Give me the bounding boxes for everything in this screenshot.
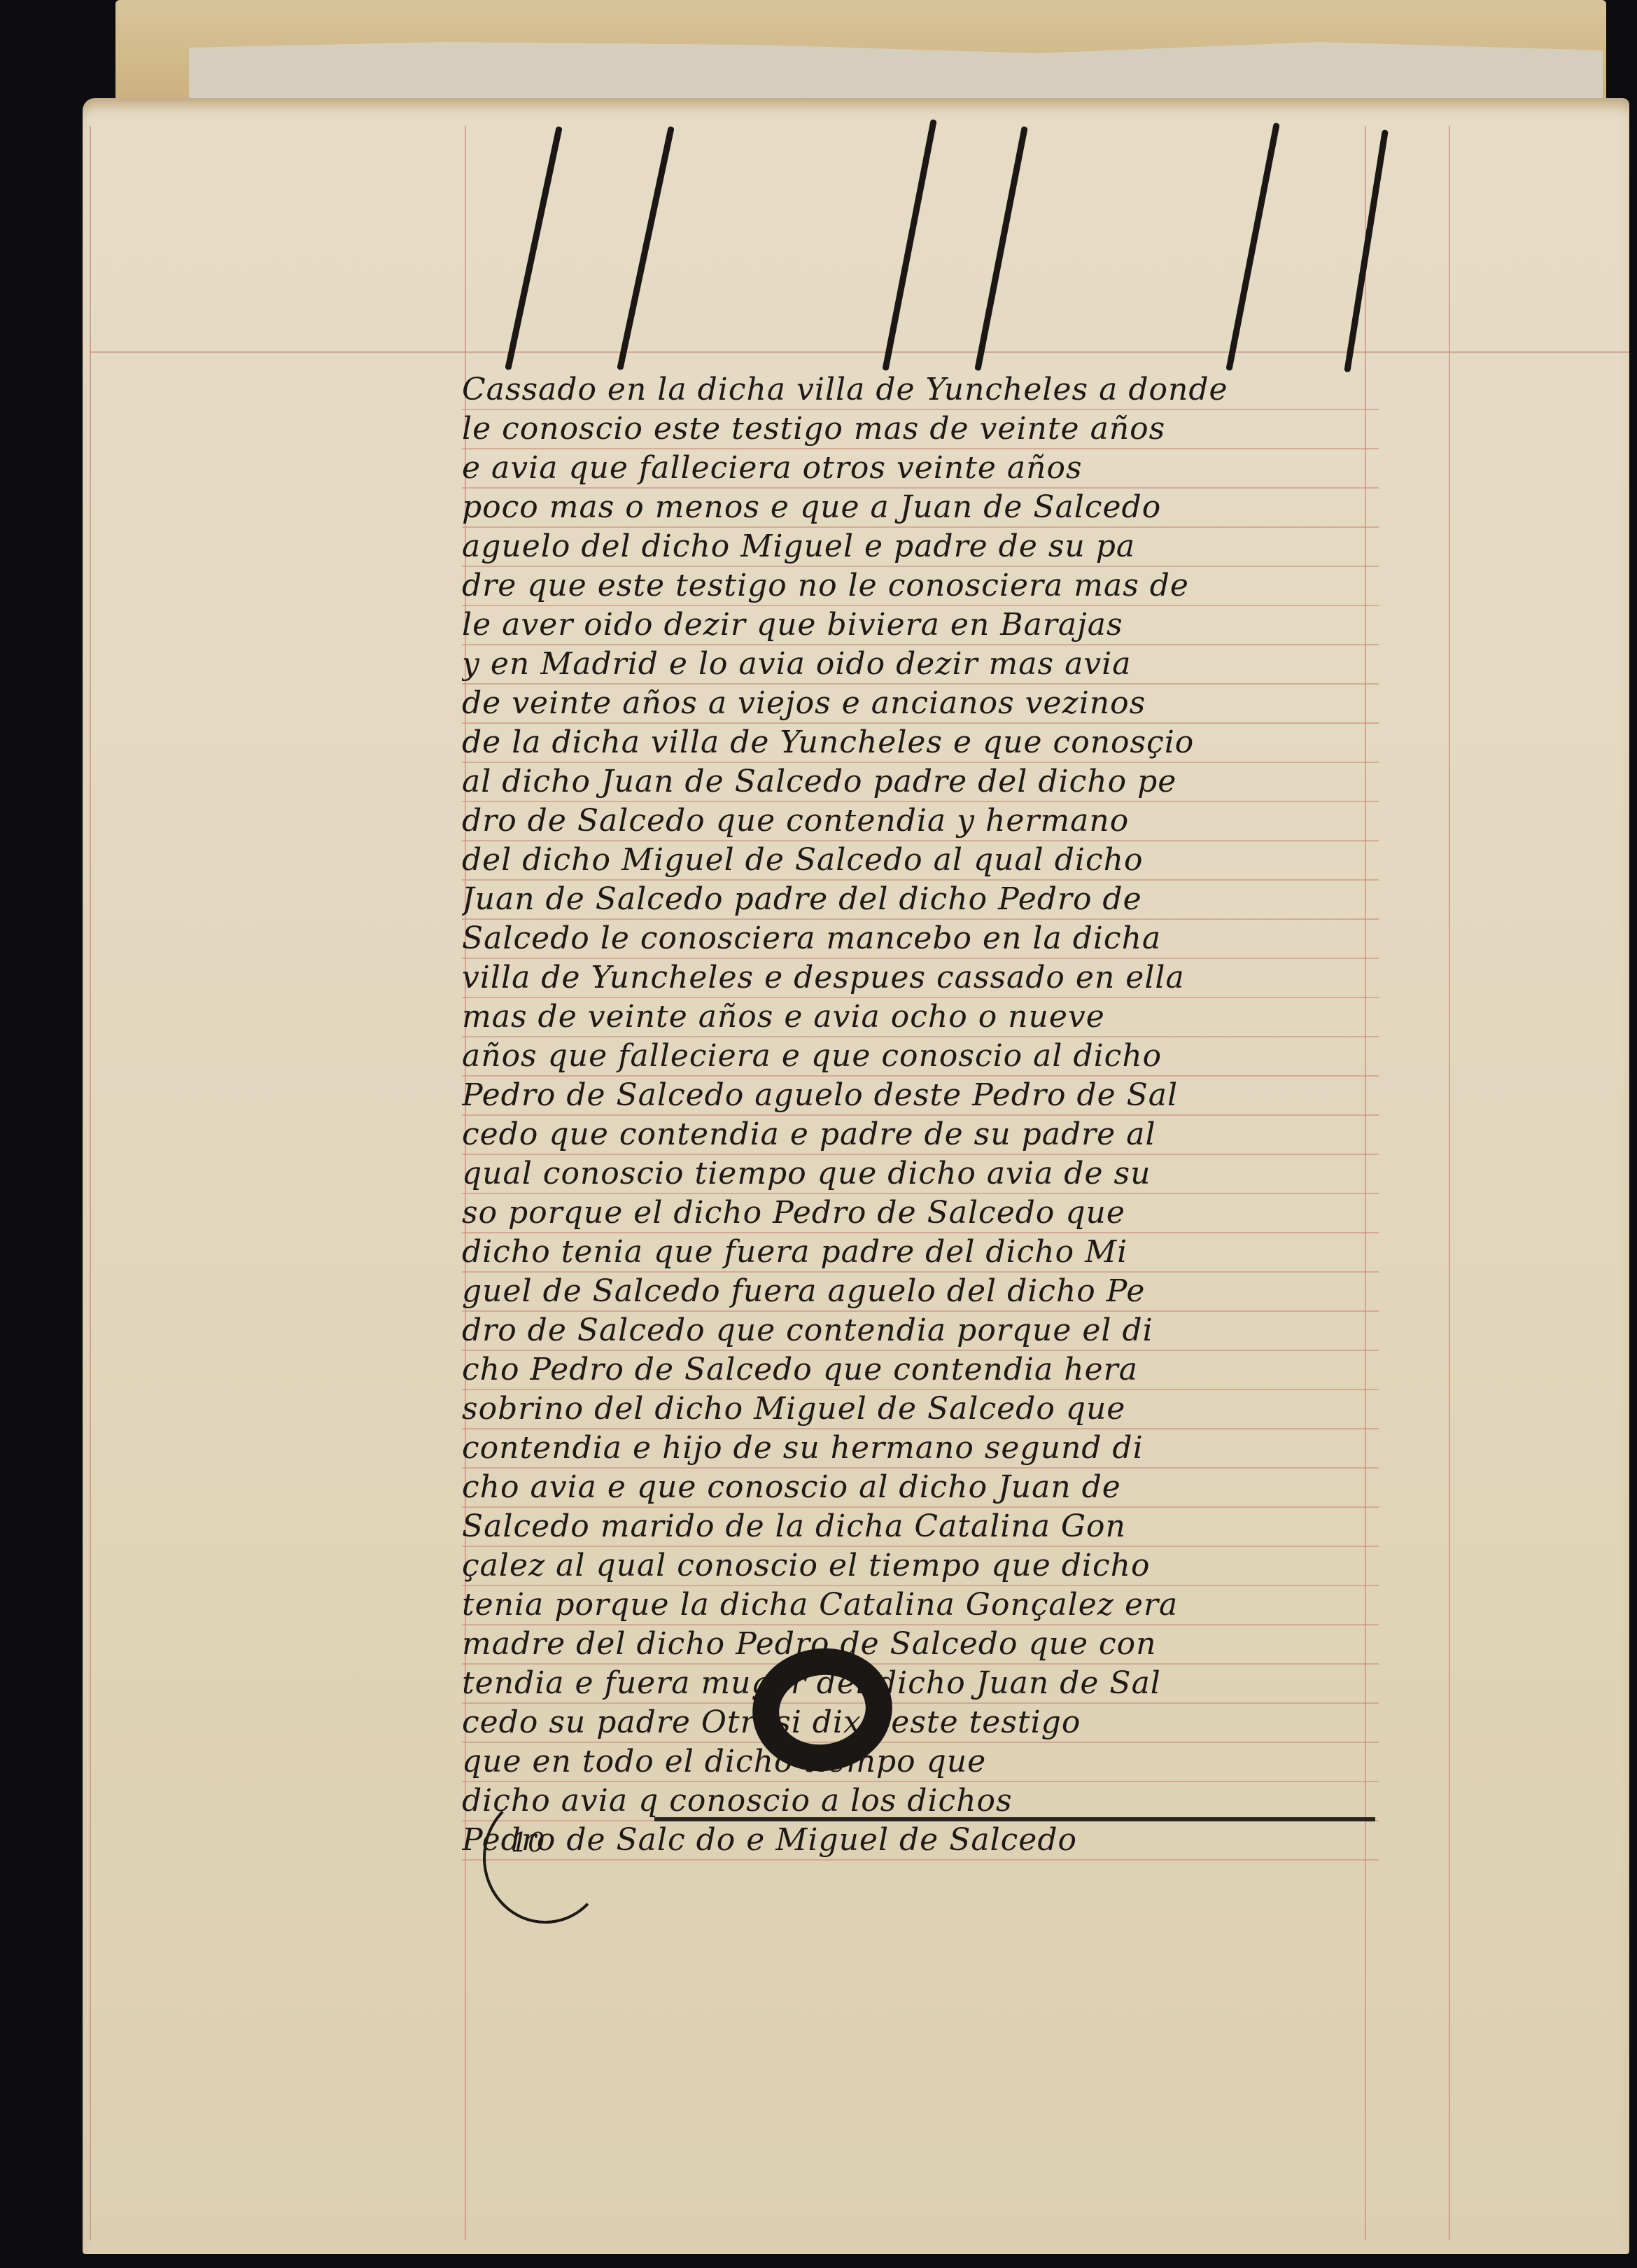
manuscript-text: Cassado en la dicha villa de Yuncheles a…: [462, 371, 1379, 1861]
end-flourish-line: [654, 1817, 1375, 1821]
text-line: so porque el dicho Pedro de Salcedo que: [462, 1194, 1379, 1233]
text-line: villa de Yuncheles e despues cassado en …: [462, 959, 1379, 998]
text-line: mas de veinte años e avia ocho o nueve: [462, 998, 1379, 1037]
text-line: e avia que falleciera otros veinte años: [462, 449, 1379, 489]
text-line: poco mas o menos e que a Juan de Salcedo: [462, 489, 1379, 528]
text-line: aguelo del dicho Miguel e padre de su pa: [462, 528, 1379, 567]
text-line: le conoscio este testigo mas de veinte a…: [462, 410, 1379, 449]
text-line: guel de Salcedo fuera aguelo del dicho P…: [462, 1273, 1379, 1312]
text-line: cho Pedro de Salcedo que contendia hera: [462, 1351, 1379, 1390]
text-line: cedo que contendia e padre de su padre a…: [462, 1116, 1379, 1155]
text-line: Juan de Salcedo padre del dicho Pedro de: [462, 881, 1379, 920]
folio-number: 10: [511, 1827, 545, 1858]
text-line: dre que este testigo no le conosciera ma…: [462, 567, 1379, 606]
text-line: al dicho Juan de Salcedo padre del dicho…: [462, 763, 1379, 802]
top-rule: [90, 351, 1629, 353]
text-line: sobrino del dicho Miguel de Salcedo que: [462, 1390, 1379, 1429]
text-line: de la dicha villa de Yuncheles e que con…: [462, 724, 1379, 763]
folio-ring: [483, 1792, 607, 1924]
text-line: tendia e fuera muger del dicho Juan de S…: [462, 1665, 1379, 1704]
text-line: dro de Salcedo que contendia y hermano: [462, 802, 1379, 841]
text-line: y en Madrid e lo avia oido dezir mas avi…: [462, 645, 1379, 685]
text-line: de veinte años a viejos e ancianos vezin…: [462, 685, 1379, 724]
margin-rule-right-outer: [1449, 126, 1450, 2240]
text-line: madre del dicho Pedro de Salcedo que con: [462, 1625, 1379, 1665]
text-line: años que falleciera e que conoscio al di…: [462, 1037, 1379, 1077]
text-line: cho avia e que conoscio al dicho Juan de: [462, 1469, 1379, 1508]
text-line: Cassado en la dicha villa de Yuncheles a…: [462, 371, 1379, 410]
text-line: qual conoscio tiempo que dicho avia de s…: [462, 1155, 1379, 1194]
text-line: cedo su padre Otrosi dixo este testigo: [462, 1704, 1379, 1743]
text-line: çalez al qual conoscio el tiempo que dic…: [462, 1547, 1379, 1586]
text-line: que en todo el dicho tiempo que: [462, 1743, 1379, 1782]
text-line: dicho avia q conoscio a los dichos: [462, 1782, 1379, 1821]
tissue-repair: [189, 42, 1603, 98]
text-line: le aver oido dezir que biviera en Baraja…: [462, 606, 1379, 645]
text-line: dicho tenia que fuera padre del dicho Mi: [462, 1233, 1379, 1273]
text-line: del dicho Miguel de Salcedo al qual dich…: [462, 841, 1379, 881]
text-line: Pedro de Salcedo aguelo deste Pedro de S…: [462, 1077, 1379, 1116]
text-line: dro de Salcedo que contendia porque el d…: [462, 1312, 1379, 1351]
text-line: Salcedo marido de la dicha Catalina Gon: [462, 1508, 1379, 1547]
text-line: contendia e hijo de su hermano segund di: [462, 1429, 1379, 1469]
margin-rule-left-outer: [90, 126, 91, 2240]
text-line: Salcedo le conosciera mancebo en la dich…: [462, 920, 1379, 959]
text-line: tenia porque la dicha Catalina Gonçalez …: [462, 1586, 1379, 1625]
